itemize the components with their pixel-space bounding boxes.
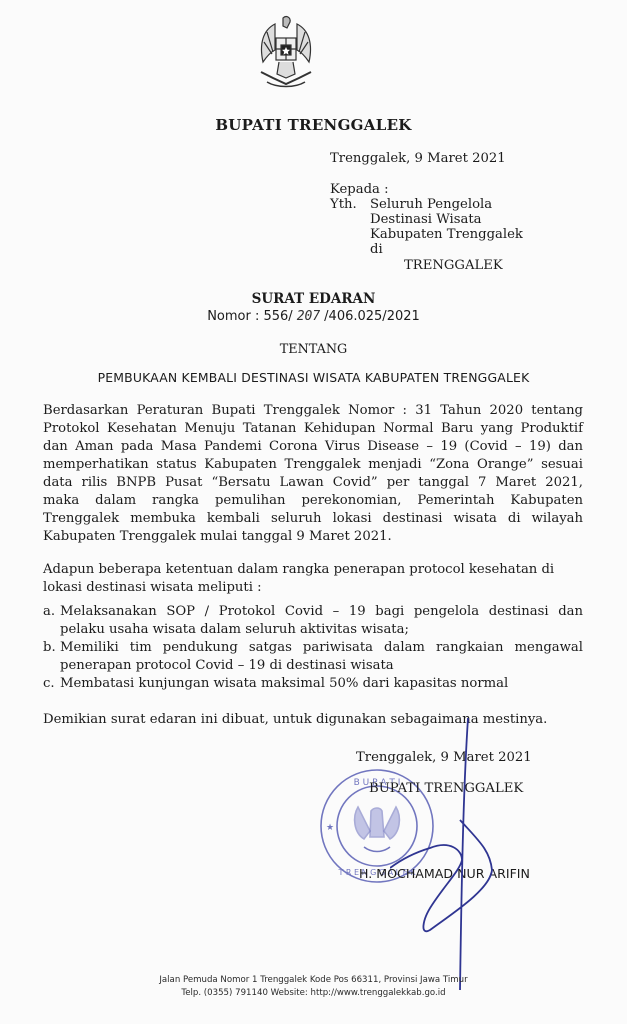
place-date-top: Trenggalek, 9 Maret 2021 — [330, 150, 506, 167]
list-item: c. Membatasi kunjungan wisata maksimal 5… — [43, 675, 583, 693]
paragraph-1: Berdasarkan Peraturan Bupati Trenggalek … — [43, 402, 583, 546]
list-item: a. Melaksanakan SOP / Protokol Covid – 1… — [43, 603, 583, 639]
text-line: Membatasi kunjungan wisata maksimal 50% … — [60, 675, 583, 693]
list-item: b. Memiliki tim pendukung satgas pariwis… — [43, 639, 583, 675]
svg-text:★: ★ — [326, 823, 334, 833]
list-marker: b. — [43, 639, 56, 656]
text-line: Protokol Kesehatan Menuju Tatanan Kehidu… — [43, 420, 583, 438]
provisions-list: a. Melaksanakan SOP / Protokol Covid – 1… — [43, 603, 583, 693]
document-type: SURAT EDARAN — [0, 291, 627, 307]
subject-line: PEMBUKAAN KEMBALI DESTINASI WISATA KABUP… — [0, 370, 627, 385]
text-line: lokasi destinasi wisata meliputi : — [43, 579, 583, 597]
text-line: dan Aman pada Masa Pandemi Corona Virus … — [43, 438, 583, 456]
letterhead-title: BUPATI TRENGGALEK — [0, 116, 627, 134]
list-marker: a. — [43, 603, 55, 620]
paragraph-2: Adapun beberapa ketentuan dalam rangka p… — [43, 561, 583, 597]
footer-contact: Telp. (0355) 791140 Website: http://www.… — [0, 988, 627, 998]
text-line: memperhatikan status Kabupaten Trenggale… — [43, 456, 583, 474]
text-line: penerapan protocol Covid – 19 di destina… — [60, 657, 583, 675]
recipient-line: di — [370, 241, 383, 258]
number-suffix: /406.025/2021 — [324, 309, 420, 324]
number-prefix: Nomor : 556/ — [207, 309, 292, 324]
text-line: maka dalam rangka pemulihan perekonomian… — [43, 492, 583, 510]
text-line: pelaku usaha wisata dalam seluruh aktivi… — [60, 621, 583, 639]
text-line: Kabupaten Trenggalek mulai tanggal 9 Mar… — [43, 528, 583, 546]
recipient-line: Kabupaten Trenggalek — [370, 226, 523, 243]
number-handwritten: 207 — [293, 309, 324, 324]
list-marker: c. — [43, 675, 55, 692]
text-line: Memiliki tim pendukung satgas pariwisata… — [60, 639, 583, 657]
tentang-label: TENTANG — [0, 342, 627, 357]
recipient-city: TRENGGALEK — [404, 257, 503, 274]
footer-address: Jalan Pemuda Nomor 1 Trenggalek Kode Pos… — [0, 975, 627, 985]
text-line: Melaksanakan SOP / Protokol Covid – 19 b… — [60, 603, 583, 621]
recipient-yth: Yth. — [330, 196, 357, 213]
text-line: data rilis BNPB Pusat “Bersatu Lawan Cov… — [43, 474, 583, 492]
garuda-emblem-icon — [253, 12, 319, 94]
handwritten-signature-icon — [390, 700, 530, 1000]
text-line: Berdasarkan Peraturan Bupati Trenggalek … — [43, 402, 583, 420]
text-line: Adapun beberapa ketentuan dalam rangka p… — [43, 561, 583, 579]
text-line: Trenggalek membuka kembali seluruh lokas… — [43, 510, 583, 528]
document-number: Nomor : 556/207/406.025/2021 — [0, 309, 627, 324]
